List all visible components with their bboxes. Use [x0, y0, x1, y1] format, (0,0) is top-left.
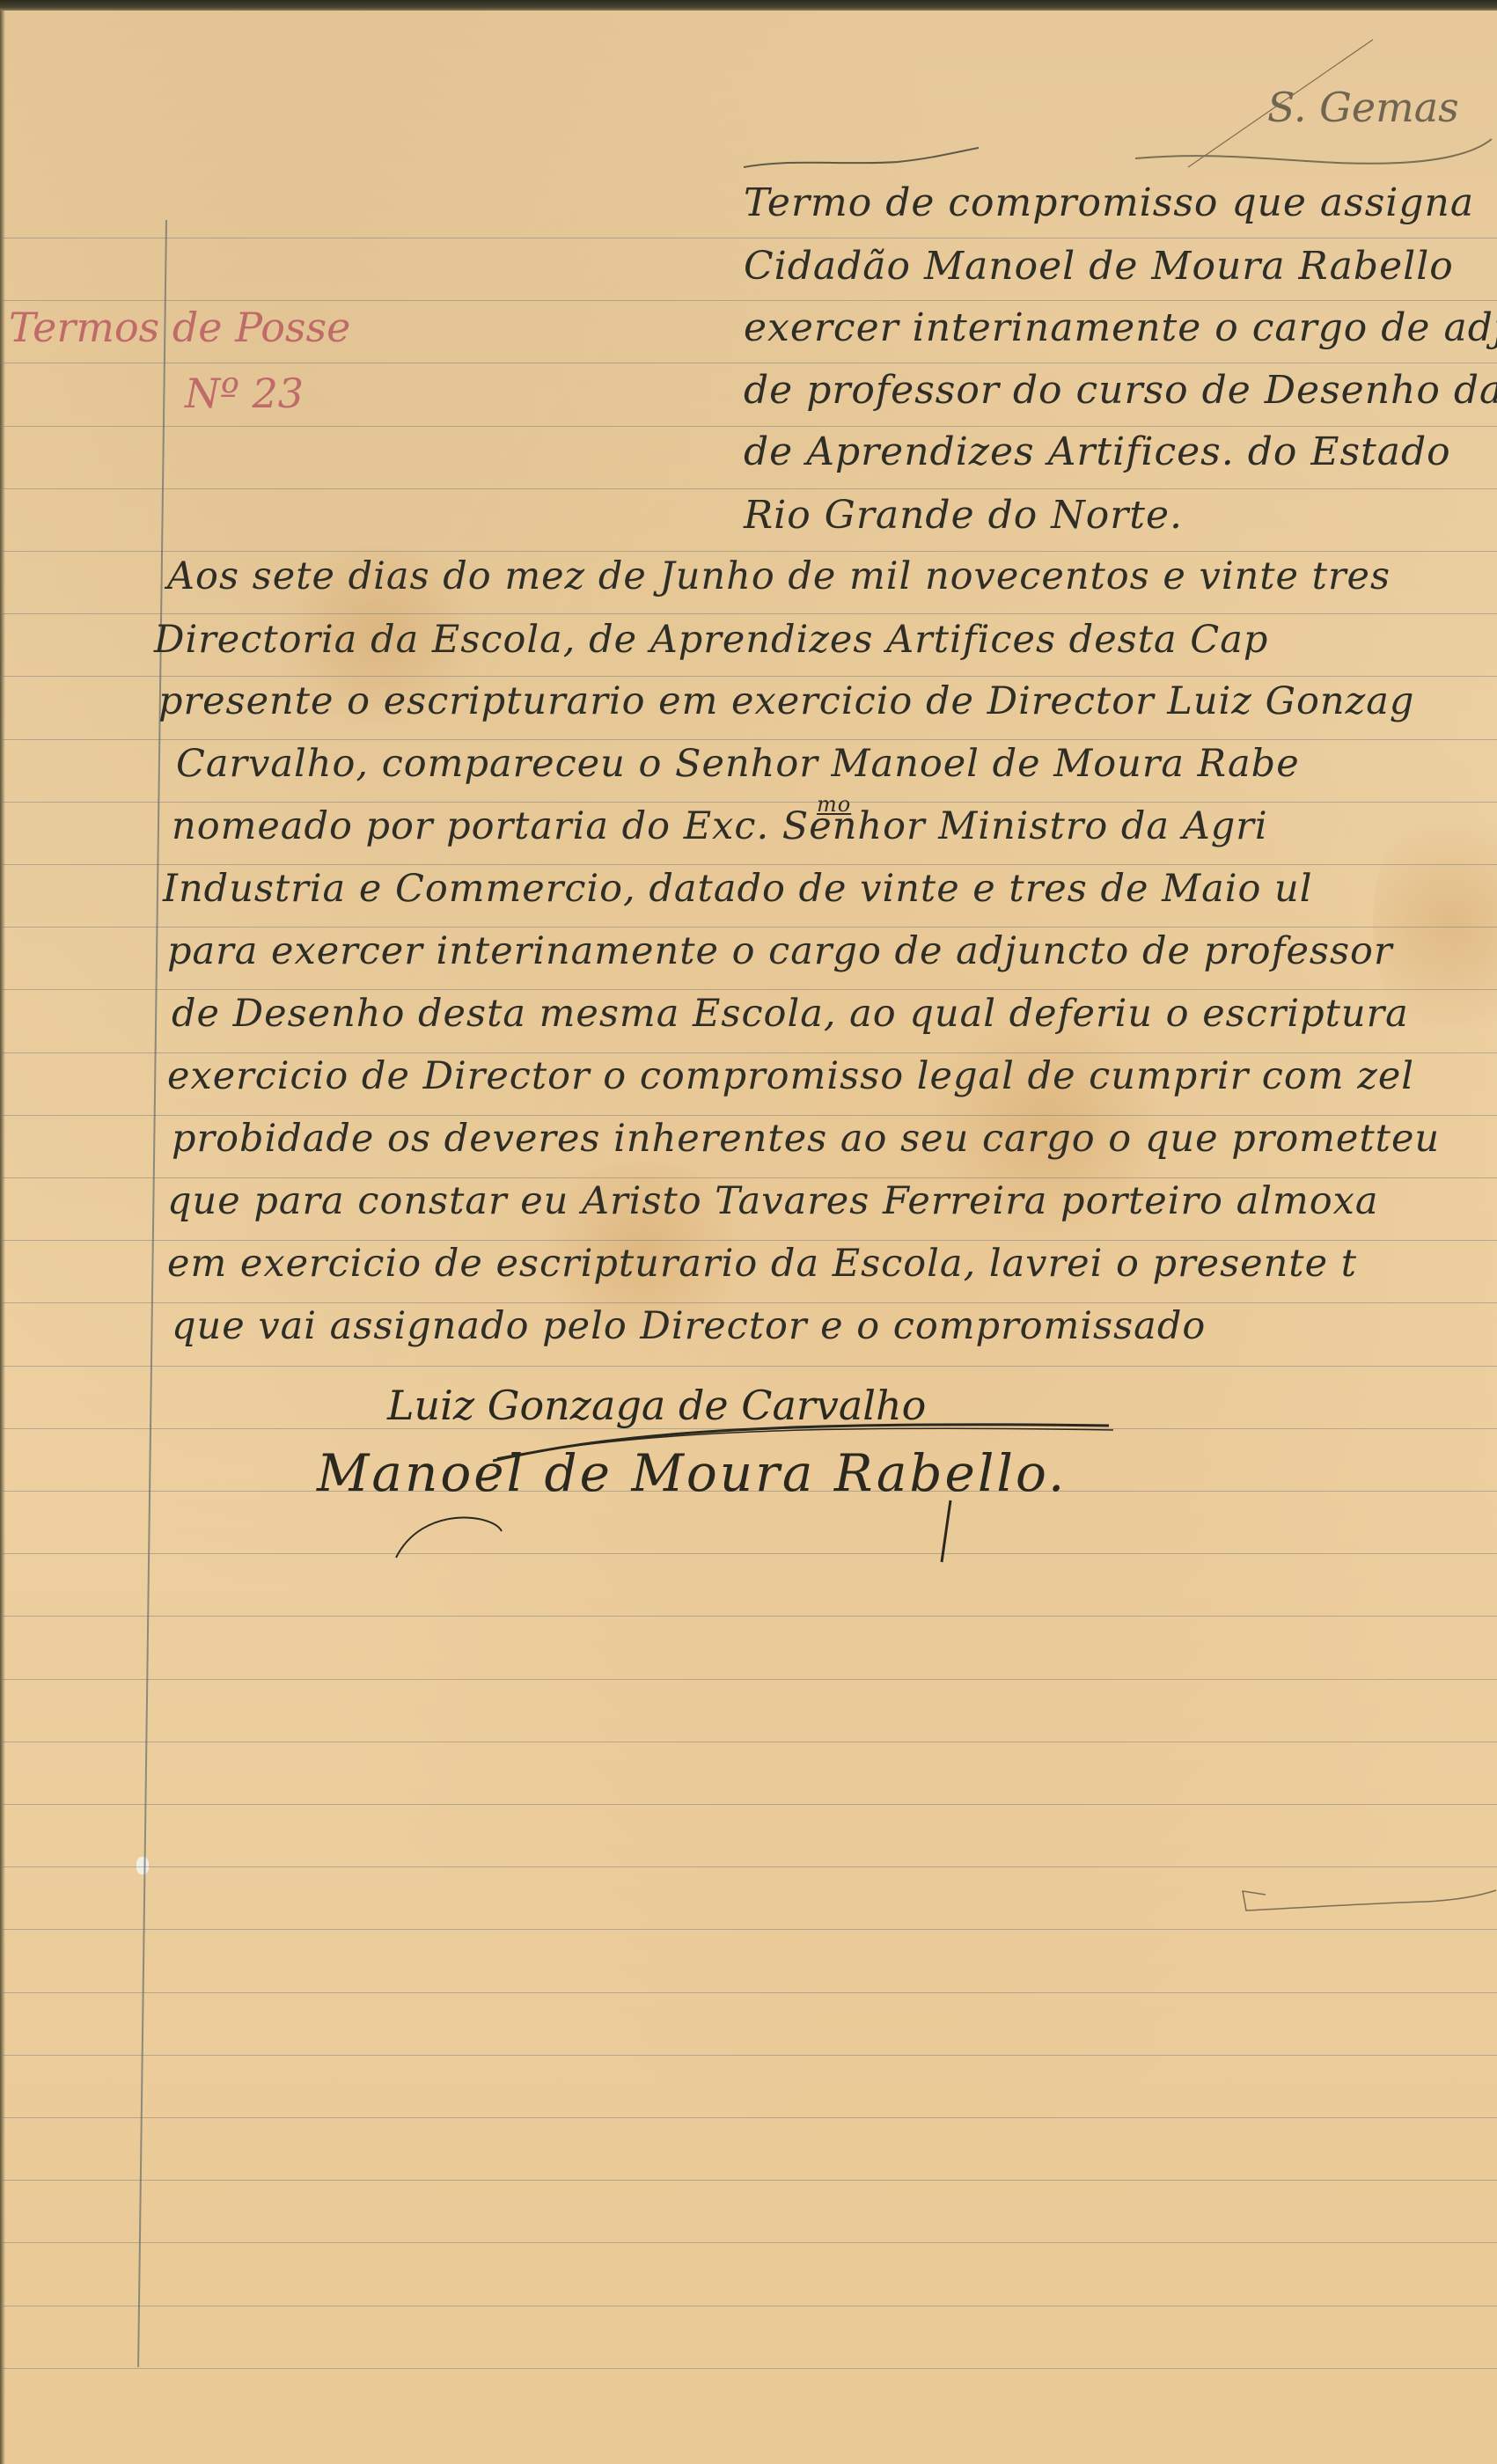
- ruled-line: [0, 2180, 1497, 2181]
- ruled-line: [0, 2117, 1497, 2118]
- appointee-signature: Manoel de Moura Rabello.: [317, 1443, 1067, 1503]
- heading-line: de professor do curso de Desenho da: [744, 368, 1497, 413]
- ruled-line: [0, 2055, 1497, 2056]
- body-line: Carvalho, compareceu o Senhor Manoel de …: [176, 742, 1300, 786]
- marginal-note-number: Nº 23: [185, 370, 304, 417]
- ruled-line: [0, 1052, 1497, 1053]
- scan-left-edge: [0, 11, 5, 2464]
- ruled-line: [0, 551, 1497, 552]
- paper-chip: [136, 1857, 149, 1874]
- ruled-line: [0, 1366, 1497, 1367]
- marginal-note-title: Termos de Posse: [9, 304, 350, 351]
- ruled-line: [0, 802, 1497, 803]
- heading-flourish: [739, 141, 986, 176]
- heading-line: Rio Grande do Norte.: [744, 493, 1183, 538]
- body-line: em exercicio de escripturario da Escola,…: [167, 1242, 1357, 1286]
- heading-line: Termo de compromisso que assigna: [744, 180, 1474, 225]
- body-line: exercicio de Director o compromisso lega…: [167, 1054, 1414, 1098]
- body-line: que para constar eu Aristo Tavares Ferre…: [167, 1179, 1379, 1223]
- ruled-line: [0, 676, 1497, 677]
- ruled-line: [0, 1742, 1497, 1742]
- ruled-line: [0, 927, 1497, 928]
- ruled-line: [0, 2242, 1497, 2243]
- ruled-line: [0, 2306, 1497, 2306]
- ruled-line: [0, 1679, 1497, 1680]
- body-line: Directoria da Escola, de Aprendizes Arti…: [154, 618, 1268, 662]
- body-line: que vai assignado pelo Director e o comp…: [172, 1304, 1206, 1348]
- body-line: para exercer interinamente o cargo de ad…: [167, 929, 1393, 973]
- heading-line: de Aprendizes Artifices. do Estado: [744, 429, 1451, 474]
- ruled-line: [0, 2368, 1497, 2369]
- ruled-line: [0, 1616, 1497, 1617]
- document-page: S. Gemas Termos de Posse Nº 23 Termo de …: [0, 0, 1497, 2464]
- ruled-line: [0, 864, 1497, 865]
- body-line: de Desenho desta mesma Escola, ao qual d…: [172, 992, 1409, 1036]
- ruled-line: [0, 1992, 1497, 1993]
- body-line: probidade os deveres inherentes ao seu c…: [172, 1117, 1440, 1161]
- ruled-line: [0, 1115, 1497, 1116]
- ruled-line: [0, 1866, 1497, 1867]
- body-line: presente o escripturario em exercicio de…: [158, 679, 1414, 723]
- signature-flourish: [1135, 35, 1497, 176]
- margin-line: [137, 220, 167, 2367]
- ruled-line: [0, 238, 1497, 238]
- ruled-line: [0, 1804, 1497, 1805]
- ruled-line: [0, 300, 1497, 301]
- heading-line: Cidadão Manoel de Moura Rabello: [744, 244, 1454, 289]
- ruled-line: [0, 1177, 1497, 1178]
- scan-top-edge: [0, 0, 1497, 11]
- superscript-mo: mo: [817, 792, 851, 817]
- ruled-line: [0, 739, 1497, 740]
- body-line: Industria e Commercio, datado de vinte e…: [163, 867, 1313, 911]
- ruled-line: [0, 1929, 1497, 1930]
- ruled-line: [0, 488, 1497, 489]
- ruled-line: [0, 426, 1497, 427]
- ruled-line: [0, 613, 1497, 614]
- ruled-line: [0, 989, 1497, 990]
- heading-line: exercer interinamente o cargo de adj: [744, 305, 1497, 350]
- body-line: nomeado por portaria do Exc. Senhor Mini…: [172, 804, 1268, 848]
- ruled-line: [0, 363, 1497, 363]
- appointee-signature-flourish: [387, 1496, 1021, 1566]
- body-line: Aos sete dias do mez de Junho de mil nov…: [167, 554, 1391, 598]
- stray-pen-mark: [1232, 1888, 1497, 1923]
